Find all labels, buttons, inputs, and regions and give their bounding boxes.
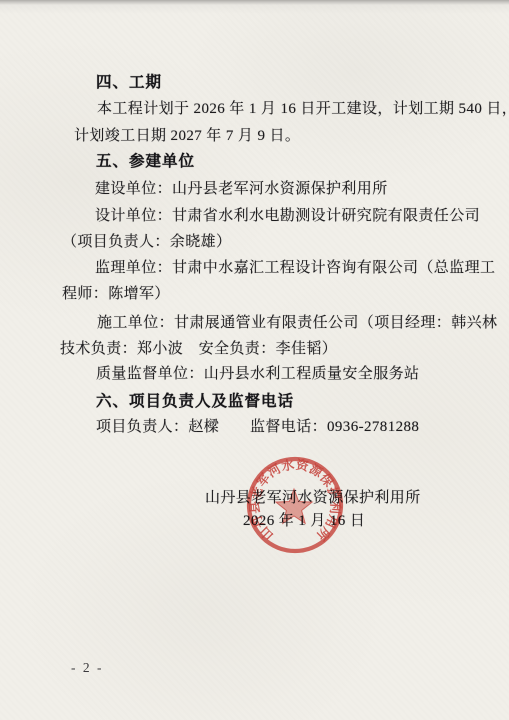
paragraph-period-line2: 计划竣工日期 2027 年 7 月 9 日。	[74, 127, 300, 146]
section-heading-participating-units: 五、参建单位	[96, 152, 195, 171]
design-unit-line2: （项目负责人：余晓雄）	[62, 233, 231, 252]
page-number: - 2 -	[71, 660, 104, 676]
project-leader-phone-line: 项目负责人：赵樑 监督电话：0936-2781288	[96, 418, 419, 437]
design-unit-line1: 设计单位：甘肃省水利水电勘测设计研究院有限责任公司	[95, 207, 480, 226]
construction-owner-line: 建设单位：山丹县老军河水资源保护利用所	[95, 180, 388, 199]
scan-edge-shadow	[0, 0, 509, 14]
section-heading-construction-period: 四、工期	[96, 73, 162, 92]
supervision-unit-line1: 监理单位：甘肃中水嘉汇工程设计咨询有限公司（总监理工	[95, 259, 495, 278]
quality-supervision-unit-line: 质量监督单位：山丹县水利工程质量安全服务站	[96, 365, 419, 384]
signature-organization: 山丹县老军河水资源保护利用所	[205, 489, 421, 508]
supervision-unit-line2: 程师：陈增军）	[62, 285, 170, 304]
signature-date: 2026 年 1 月 16 日	[243, 512, 365, 531]
contractor-line1: 施工单位：甘肃展通管业有限责任公司（项目经理：韩兴林	[97, 314, 497, 333]
contractor-line2: 技术负责：郑小波 安全负责：李佳韬）	[60, 340, 337, 359]
document-page: 四、工期 本工程计划于 2026 年 1 月 16 日开工建设，计划工期 540…	[0, 0, 509, 720]
paragraph-period-line1: 本工程计划于 2026 年 1 月 16 日开工建设，计划工期 540 日，	[97, 100, 509, 119]
section-heading-project-leader-phone: 六、项目负责人及监督电话	[96, 392, 294, 411]
